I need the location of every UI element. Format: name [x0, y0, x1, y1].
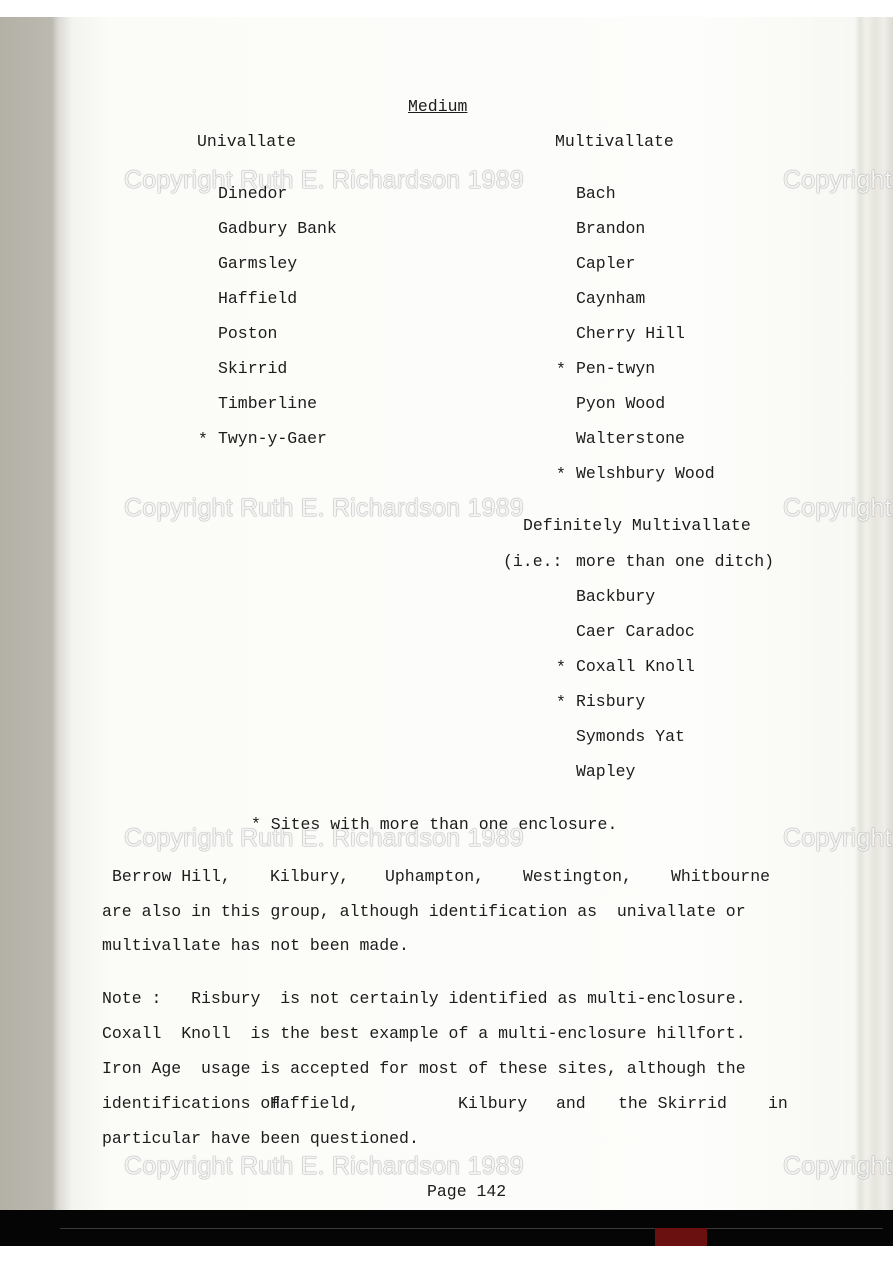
- multivallate-title: Multivallate: [555, 134, 674, 151]
- scan-artifact-line: [60, 1228, 883, 1229]
- multi-enclosure-asterisk: *: [556, 467, 566, 484]
- note-word: the Skirrid: [618, 1096, 727, 1113]
- para-word: Uphampton,: [385, 869, 484, 886]
- site-name: Coxall Knoll: [576, 659, 695, 676]
- multi-enclosure-asterisk: *: [556, 695, 566, 712]
- watermark: Copyright Ruth E. Richardson 1989: [124, 494, 524, 523]
- note-word: Kilbury: [458, 1096, 527, 1113]
- site-name: Capler: [576, 256, 635, 273]
- definitely-multivallate-subtitle-prefix: (i.e.:: [503, 554, 562, 571]
- note-word: identifications of: [102, 1096, 280, 1113]
- site-name: Walterstone: [576, 431, 685, 448]
- note-word: Haffield,: [270, 1096, 359, 1113]
- site-name: Garmsley: [218, 256, 297, 273]
- multi-enclosure-asterisk: *: [556, 660, 566, 677]
- note-line: Note : Risbury is not certainly identifi…: [102, 991, 746, 1008]
- site-name: Skirrid: [218, 361, 287, 378]
- site-name: Cherry Hill: [576, 326, 685, 343]
- watermark: Copyright: [783, 824, 892, 853]
- site-name: Gadbury Bank: [218, 221, 337, 238]
- note-word: in: [768, 1096, 788, 1113]
- watermark: Copyright: [783, 166, 892, 195]
- site-name: Timberline: [218, 396, 317, 413]
- watermark: Copyright: [783, 494, 892, 523]
- multi-enclosure-asterisk: *: [198, 432, 208, 449]
- watermark: Copyright Ruth E. Richardson 1989: [124, 166, 524, 195]
- para-line: are also in this group, although identif…: [102, 904, 746, 921]
- para-word: Kilbury,: [270, 869, 349, 886]
- multi-enclosure-asterisk: *: [556, 362, 566, 379]
- footnote: * Sites with more than one enclosure.: [251, 817, 617, 834]
- watermark: Copyright Ruth E. Richardson 1989: [124, 1152, 524, 1181]
- page-number: Page 142: [427, 1184, 506, 1201]
- section-heading: Medium: [408, 99, 467, 116]
- site-name: Welshbury Wood: [576, 466, 715, 483]
- para-line: multivallate has not been made.: [102, 938, 409, 955]
- site-name: Brandon: [576, 221, 645, 238]
- definitely-multivallate-title: Definitely Multivallate: [523, 518, 751, 535]
- note-line: Coxall Knoll is the best example of a mu…: [102, 1026, 746, 1043]
- site-name: Caynham: [576, 291, 645, 308]
- site-name: Dinedor: [218, 186, 287, 203]
- site-name: Pyon Wood: [576, 396, 665, 413]
- site-name: Twyn-y-Gaer: [218, 431, 327, 448]
- scan-artifact-red: [655, 1228, 707, 1246]
- site-name: Backbury: [576, 589, 655, 606]
- site-name: Pen-twyn: [576, 361, 655, 378]
- site-name: Symonds Yat: [576, 729, 685, 746]
- para-word: Whitbourne: [671, 869, 770, 886]
- definitely-multivallate-subtitle: more than one ditch): [576, 554, 774, 571]
- note-word: and: [556, 1096, 586, 1113]
- scanner-bed-edge: [0, 1210, 893, 1246]
- note-line: Iron Age usage is accepted for most of t…: [102, 1061, 746, 1078]
- site-name: Haffield: [218, 291, 297, 308]
- univallate-title: Univallate: [197, 134, 296, 151]
- site-name: Bach: [576, 186, 616, 203]
- site-name: Poston: [218, 326, 277, 343]
- watermark: Copyright: [783, 1152, 892, 1181]
- para-word: Westington,: [523, 869, 632, 886]
- note-line: particular have been questioned.: [102, 1131, 419, 1148]
- para-word: Berrow Hill,: [112, 869, 231, 886]
- site-name: Wapley: [576, 764, 635, 781]
- site-name: Risbury: [576, 694, 645, 711]
- site-name: Caer Caradoc: [576, 624, 695, 641]
